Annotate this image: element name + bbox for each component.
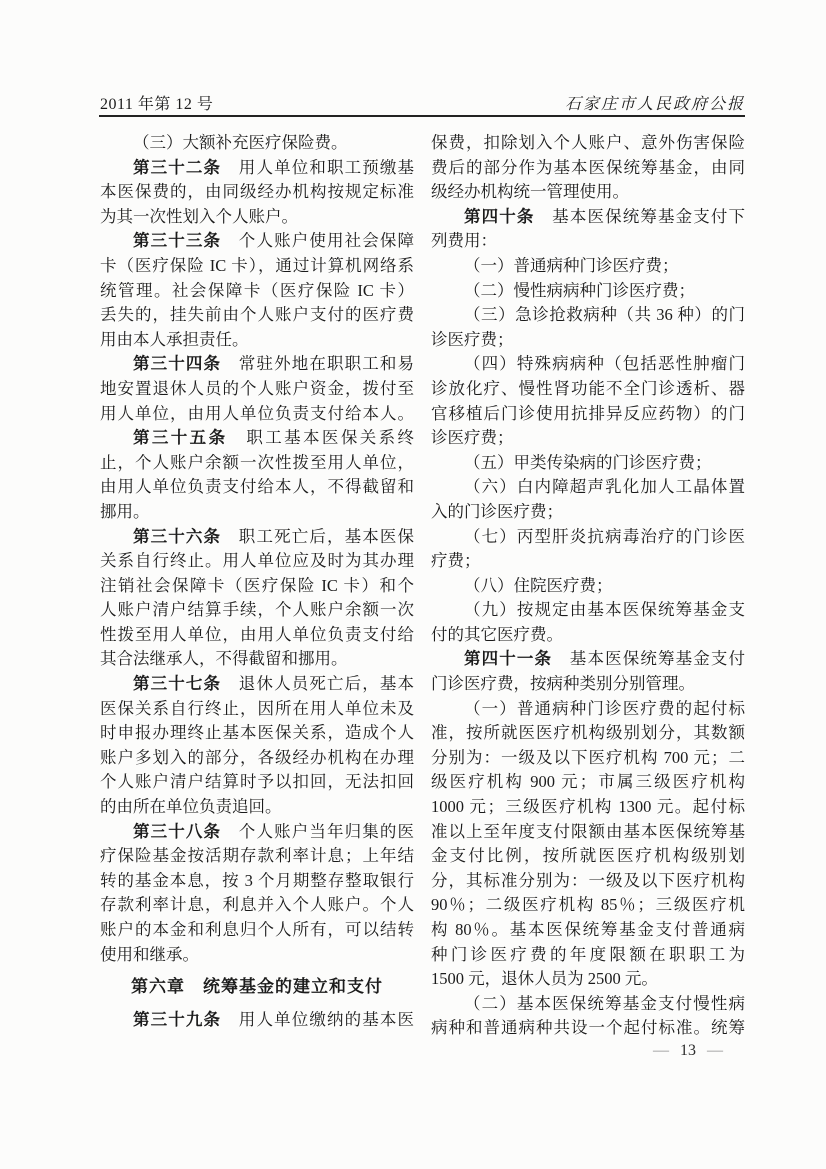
line-text: （一）普通病种门诊医疗费； (464, 256, 679, 275)
line-text: （九）按规定由基本医保统筹基金支 (464, 600, 745, 619)
text-line: 入的门诊医疗费； (431, 500, 745, 525)
line-text: 基本医保统筹基金支付 (552, 649, 745, 668)
line-text: 病种和普通病种共设一个起付标准。统筹 (431, 1018, 745, 1037)
line-text: 个人账户清户结算时予以扣回，无法扣回 (100, 772, 414, 791)
text-line: 为其一次性划入个人账户。 (100, 205, 414, 230)
line-text: 转的基金本息，按 3 个月期整存整取银行 (100, 871, 414, 890)
page-number-dash-right: — (707, 1042, 723, 1059)
text-line: （二）慢性病病种门诊医疗费； (431, 279, 745, 304)
text-line: （三）急诊抢救病种（共 36 种）的门 (431, 303, 745, 328)
text-line: 使用和继承。 (100, 943, 414, 968)
text-line: （三）大额补充医疗保险费。 (100, 131, 414, 156)
text-line: 注销社会保障卡（医疗保险 IC 卡）和个 (100, 574, 414, 599)
text-line: 构 80％。基本医保统筹基金支付普通病 (431, 918, 745, 943)
text-line: 用人单位，由用人单位负责支付给本人。 (100, 402, 414, 427)
article-number: 第三十九条 (133, 1011, 221, 1029)
line-text: （四）特殊病病种（包括恶性肿瘤门 (464, 354, 745, 373)
text-line: 其合法继承人，不得截留和挪用。 (100, 647, 414, 672)
line-text: 注销社会保障卡（医疗保险 IC 卡）和个 (100, 576, 414, 595)
text-line: （一）普通病种门诊医疗费； (431, 254, 745, 279)
text-line: （六）白内障超声乳化加人工晶体置 (431, 475, 745, 500)
article-number: 第三十八条 (133, 823, 221, 841)
text-line: 卡（医疗保险 IC 卡），通过计算机网络系 (100, 254, 414, 279)
line-text: 医保关系自行终止，因所在用人单位未及 (100, 699, 414, 718)
text-line: 级医疗机构 900 元；市属三级医疗机构 (431, 770, 745, 795)
line-text: 时申报办理终止基本医保关系，造成个人 (100, 723, 414, 742)
line-text: 丢失的，挂失前由个人账户支付的医疗费 (100, 305, 414, 324)
text-line: 统管理。社会保障卡（医疗保险 IC 卡） (100, 279, 414, 304)
line-text: 分别为：一级及以下医疗机构 700 元；二 (431, 748, 745, 767)
line-text: 常驻外地在职职工和易 (221, 354, 414, 373)
line-text: 关系自行终止。用人单位应及时为其办理 (100, 551, 414, 570)
text-line: 诊医疗费； (431, 426, 745, 451)
line-text: 诊医疗费； (431, 428, 514, 447)
text-line: （九）按规定由基本医保统筹基金支 (431, 598, 745, 623)
text-line: 关系自行终止。用人单位应及时为其办理 (100, 549, 414, 574)
text-line: 疗保险基金按活期存款利率计息；上年结 (100, 844, 414, 869)
header-issue-number: 2011 年第 12 号 (100, 91, 213, 114)
text-line: 第三十九条 用人单位缴纳的基本医 (100, 1008, 414, 1033)
text-line: 1000 元；三级医疗机构 1300 元。起付标 (431, 795, 745, 820)
line-text: 级医疗机构 900 元；市属三级医疗机构 (431, 772, 745, 791)
line-text: 诊放化疗、慢性肾功能不全门诊透析、器 (431, 379, 745, 398)
line-text: 官移植后门诊使用抗排异反应药物）的门 (431, 404, 745, 423)
line-text: （二）慢性病病种门诊医疗费； (464, 281, 695, 300)
text-line: 第三十七条 退休人员死亡后，基本 (100, 672, 414, 697)
text-line: 种门诊医疗费的年度限额在职职工为 (431, 943, 745, 968)
line-text: 分，其标准分别为：一级及以下医疗机构 (431, 871, 745, 890)
page-number-dash-left: — (653, 1042, 669, 1059)
text-line: 由用人单位负责支付给本人，不得截留和 (100, 475, 414, 500)
line-text: 的由所在单位负责追回。 (100, 797, 282, 816)
line-text: （五）甲类传染病的门诊医疗费； (464, 453, 712, 472)
line-text: 职工死亡后，基本医保 (221, 527, 414, 546)
text-line: 官移植后门诊使用抗排异反应药物）的门 (431, 402, 745, 427)
text-line: 账户多划入的部分，各级经办机构在办理 (100, 746, 414, 771)
text-line: 列费用： (431, 229, 745, 254)
text-line: 第三十二条 用人单位和职工预缴基 (100, 156, 414, 181)
line-text: 卡（医疗保险 IC 卡），通过计算机网络系 (100, 256, 414, 275)
line-text: 疗保险基金按活期存款利率计息；上年结 (100, 846, 414, 865)
line-text: 账户多划入的部分，各级经办机构在办理 (100, 748, 414, 767)
line-text: 门诊医疗费，按病种类别分别管理。 (431, 674, 695, 693)
text-line: 准以上至年度支付限额由基本医保统筹基 (431, 820, 745, 845)
line-text: 职工基本医保关系终 (227, 428, 414, 447)
line-text: 使用和继承。 (100, 945, 199, 964)
text-line: 诊放化疗、慢性肾功能不全门诊透析、器 (431, 377, 745, 402)
text-line: 时申报办理终止基本医保关系，造成个人 (100, 721, 414, 746)
line-text: 其合法继承人，不得截留和挪用。 (100, 649, 348, 668)
line-text: 挪用。 (100, 502, 150, 521)
line-text: 诊医疗费； (431, 330, 514, 349)
line-text: 为其一次性划入个人账户。 (100, 207, 298, 226)
line-text: （六）白内障超声乳化加人工晶体置 (464, 477, 745, 496)
line-text: 个人账户使用社会保障 (221, 231, 414, 250)
line-text: 个人账户当年归集的医 (221, 822, 414, 841)
line-text: 用人单位，由用人单位负责支付给本人。 (100, 404, 414, 423)
article-number: 第三十五条 (133, 429, 227, 447)
line-text: 性拨至用人单位，由用人单位负责支付给 (100, 625, 414, 644)
line-text: 退休人员死亡后，基本 (221, 674, 414, 693)
line-text: 1500 元，退休人员为 2500 元。 (431, 969, 658, 988)
text-line: 止，个人账户余额一次性拨至用人单位， (100, 451, 414, 476)
text-line: 第三十四条 常驻外地在职职工和易 (100, 352, 414, 377)
text-line: （四）特殊病病种（包括恶性肿瘤门 (431, 352, 745, 377)
text-line: （八）住院医疗费； (431, 574, 745, 599)
line-text: 本医保费的，由同级经办机构按规定标准 (100, 182, 414, 201)
text-line: 第三十五条 职工基本医保关系终 (100, 426, 414, 451)
line-text: （七）丙型肝炎抗病毒治疗的门诊医 (464, 527, 745, 546)
line-text: 保费，扣除划入个人账户、意外伤害保险 (431, 133, 745, 152)
text-line: 门诊医疗费，按病种类别分别管理。 (431, 672, 745, 697)
line-text: （一）普通病种门诊医疗费的起付标 (464, 699, 745, 718)
line-text: 统管理。社会保障卡（医疗保险 IC 卡） (100, 281, 414, 300)
article-number: 第三十三条 (133, 232, 221, 250)
line-text: 付的其它医疗费。 (431, 625, 563, 644)
text-line: 性拨至用人单位，由用人单位负责支付给 (100, 623, 414, 648)
article-number: 第四十一条 (464, 650, 552, 668)
line-text: 90％；二级医疗机构 85％；三级医疗机 (431, 895, 745, 914)
line-text: 用人单位缴纳的基本医 (221, 1010, 414, 1029)
text-line: 丢失的，挂失前由个人账户支付的医疗费 (100, 303, 414, 328)
line-text: 基本医保统筹基金支付下 (535, 207, 745, 226)
line-text: 种门诊医疗费的年度限额在职职工为 (431, 945, 745, 964)
line-text: 账户的本金和利息归个人所有，可以结转 (100, 920, 414, 939)
line-text: 准，按所就医医疗机构级别划分，其数额 (431, 723, 745, 742)
text-line: 费后的部分作为基本医保统筹基金，由同 (431, 156, 745, 181)
left-text-column: （三）大额补充医疗保险费。第三十二条 用人单位和职工预缴基本医保费的，由同级经办… (100, 131, 414, 1033)
page-number: —13— (431, 1042, 745, 1060)
text-line: 分别为：一级及以下医疗机构 700 元；二 (431, 746, 745, 771)
line-text: （三）急诊抢救病种（共 36 种）的门 (464, 305, 745, 324)
line-text: 疗费； (431, 551, 481, 570)
text-line: （五）甲类传染病的门诊医疗费； (431, 451, 745, 476)
article-number: 第三十四条 (133, 355, 221, 373)
text-line: 挪用。 (100, 500, 414, 525)
text-line: 保费，扣除划入个人账户、意外伤害保险 (431, 131, 745, 156)
text-line: 付的其它医疗费。 (431, 623, 745, 648)
text-line: 人账户清户结算手续，个人账户余额一次 (100, 598, 414, 623)
text-line: 转的基金本息，按 3 个月期整存整取银行 (100, 869, 414, 894)
text-line: 1500 元，退休人员为 2500 元。 (431, 967, 745, 992)
line-text: 第六章 统筹基金的建立和支付 (131, 977, 383, 996)
text-line: 疗费； (431, 549, 745, 574)
header-rule (99, 115, 745, 117)
line-text: 金支付比例，按所就医医疗机构级别划 (431, 846, 745, 865)
text-line: 准，按所就医医疗机构级别划分，其数额 (431, 721, 745, 746)
line-text: （八）住院医疗费； (464, 576, 613, 595)
text-line: 第四十一条 基本医保统筹基金支付 (431, 647, 745, 672)
text-line: （七）丙型肝炎抗病毒治疗的门诊医 (431, 525, 745, 550)
text-line: 诊医疗费； (431, 328, 745, 353)
header-gazette-title: 石家庄市人民政府公报 (565, 91, 745, 114)
text-line: 个人账户清户结算时予以扣回，无法扣回 (100, 770, 414, 795)
text-line: 病种和普通病种共设一个起付标准。统筹 (431, 1016, 745, 1041)
text-line: 金支付比例，按所就医医疗机构级别划 (431, 844, 745, 869)
line-text: 列费用： (431, 231, 497, 250)
text-line: 第四十条 基本医保统筹基金支付下 (431, 205, 745, 230)
line-text: 1000 元；三级医疗机构 1300 元。起付标 (431, 797, 745, 816)
right-text-column: 保费，扣除划入个人账户、意外伤害保险费后的部分作为基本医保统筹基金，由同级经办机… (431, 131, 745, 1041)
line-text: （二）基本医保统筹基金支付慢性病 (464, 994, 745, 1013)
line-text: 入的门诊医疗费； (431, 502, 563, 521)
line-text: 用人单位和职工预缴基 (221, 158, 414, 177)
line-text: 人账户清户结算手续，个人账户余额一次 (100, 600, 414, 619)
text-line: 用由本人承担责任。 (100, 328, 414, 353)
text-line: 90％；二级医疗机构 85％；三级医疗机 (431, 893, 745, 918)
line-text: 准以上至年度支付限额由基本医保统筹基 (431, 822, 745, 841)
text-line: 第三十三条 个人账户使用社会保障 (100, 229, 414, 254)
text-line: 级经办机构统一管理使用。 (431, 180, 745, 205)
article-number: 第三十六条 (133, 528, 221, 546)
text-line: 存款利率计息，利息并入个人账户。个人 (100, 893, 414, 918)
text-line: 第三十八条 个人账户当年归集的医 (100, 820, 414, 845)
chapter-heading: 第六章 统筹基金的建立和支付 (100, 974, 414, 999)
text-line: 医保关系自行终止，因所在用人单位未及 (100, 697, 414, 722)
text-line: （一）普通病种门诊医疗费的起付标 (431, 697, 745, 722)
article-number: 第三十二条 (133, 159, 221, 177)
line-text: 由用人单位负责支付给本人，不得截留和 (100, 477, 414, 496)
line-text: 存款利率计息，利息并入个人账户。个人 (100, 895, 414, 914)
text-line: 第三十六条 职工死亡后，基本医保 (100, 525, 414, 550)
page-number-value: 13 (669, 1042, 707, 1059)
article-number: 第四十条 (464, 208, 535, 226)
line-text: 费后的部分作为基本医保统筹基金，由同 (431, 158, 745, 177)
text-line: 分，其标准分别为：一级及以下医疗机构 (431, 869, 745, 894)
line-text: 地安置退休人员的个人账户资金，拨付至 (100, 379, 414, 398)
line-text: 用由本人承担责任。 (100, 330, 249, 349)
line-text: 止，个人账户余额一次性拨至用人单位， (100, 453, 414, 472)
gazette-page: { "header": { "issue": "2011 年第 12 号", "… (0, 0, 826, 1169)
text-line: （二）基本医保统筹基金支付慢性病 (431, 992, 745, 1017)
line-text: 级经办机构统一管理使用。 (431, 182, 629, 201)
line-text: （三）大额补充医疗保险费。 (133, 133, 348, 152)
text-line: 的由所在单位负责追回。 (100, 795, 414, 820)
text-line: 地安置退休人员的个人账户资金，拨付至 (100, 377, 414, 402)
text-line: 本医保费的，由同级经办机构按规定标准 (100, 180, 414, 205)
article-number: 第三十七条 (133, 675, 221, 693)
text-line: 账户的本金和利息归个人所有，可以结转 (100, 918, 414, 943)
line-text: 构 80％。基本医保统筹基金支付普通病 (431, 920, 745, 939)
